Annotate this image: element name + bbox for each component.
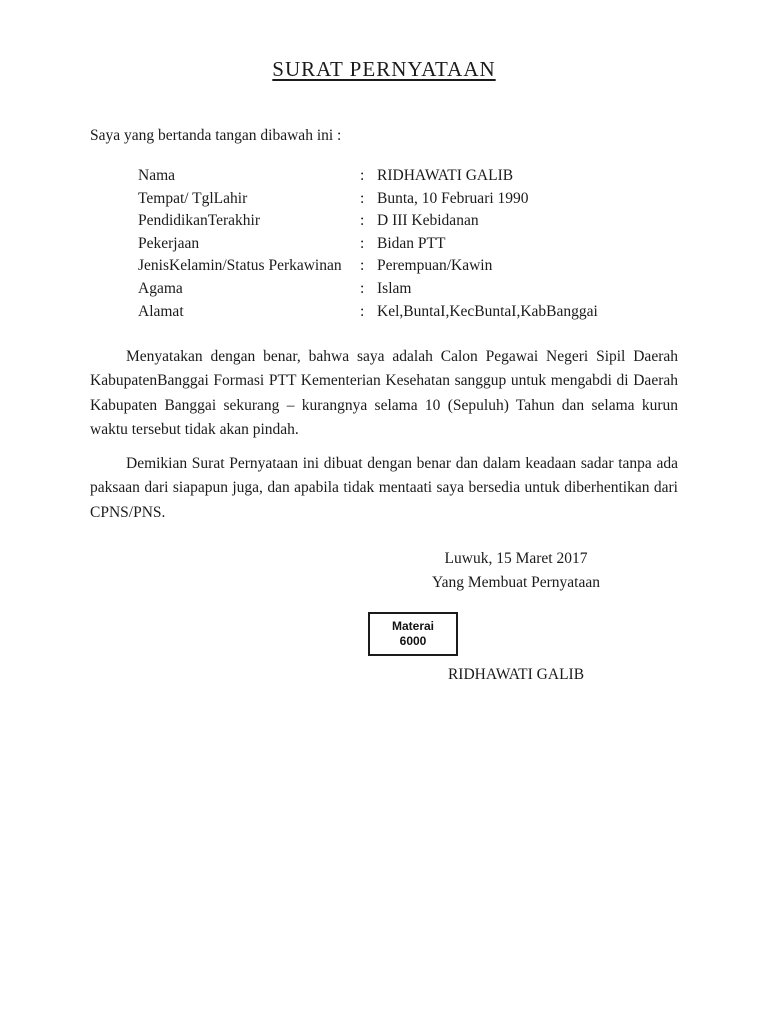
field-colon: :	[360, 188, 377, 211]
field-row-pekerjaan: Pekerjaan : Bidan PTT	[138, 233, 683, 256]
signatory-name: RIDHAWATI GALIB	[381, 666, 651, 684]
statement-paragraph-2: Demikian Surat Pernyataan ini dibuat den…	[90, 452, 678, 525]
field-label: Alamat	[138, 301, 360, 324]
field-row-agama: Agama : Islam	[138, 278, 683, 301]
closing-role-line: Yang Membuat Pernyataan	[381, 574, 651, 592]
field-value: Islam	[377, 278, 683, 301]
field-value: Bunta, 10 Februari 1990	[377, 188, 683, 211]
materai-stamp-box: Materai 6000	[368, 612, 458, 656]
field-colon: :	[360, 301, 377, 324]
field-value: Perempuan/Kawin	[377, 255, 683, 278]
field-value: Kel,BuntaI,KecBuntaI,KabBanggai	[377, 301, 683, 324]
field-label: Tempat/ TglLahir	[138, 188, 360, 211]
field-row-alamat: Alamat : Kel,BuntaI,KecBuntaI,KabBanggai	[138, 301, 683, 324]
field-label: PendidikanTerakhir	[138, 210, 360, 233]
field-row-jeniskelamin-status: JenisKelamin/Status Perkawinan : Perempu…	[138, 255, 683, 278]
field-value: Bidan PTT	[377, 233, 683, 256]
field-label: Agama	[138, 278, 360, 301]
field-row-nama: Nama : RIDHAWATI GALIB	[138, 165, 683, 188]
field-row-pendidikan-terakhir: PendidikanTerakhir : D III Kebidanan	[138, 210, 683, 233]
page-title: SURAT PERNYATAAN	[0, 57, 768, 82]
field-label: Nama	[138, 165, 360, 188]
materai-stamp-line1: Materai	[392, 619, 434, 634]
field-label: JenisKelamin/Status Perkawinan	[138, 255, 360, 278]
field-colon: :	[360, 165, 377, 188]
field-row-tempat-tgllahir: Tempat/ TglLahir : Bunta, 10 Februari 19…	[138, 188, 683, 211]
field-colon: :	[360, 233, 377, 256]
field-value: D III Kebidanan	[377, 210, 683, 233]
field-colon: :	[360, 210, 377, 233]
closing-place-date: Luwuk, 15 Maret 2017	[381, 550, 651, 568]
field-colon: :	[360, 255, 377, 278]
statement-letter-page: SURAT PERNYATAAN Saya yang bertanda tang…	[0, 0, 768, 1024]
statement-paragraph-1: Menyatakan dengan benar, bahwa saya adal…	[90, 345, 678, 443]
field-colon: :	[360, 278, 377, 301]
identity-fields: Nama : RIDHAWATI GALIB Tempat/ TglLahir …	[138, 165, 683, 323]
field-label: Pekerjaan	[138, 233, 360, 256]
field-value: RIDHAWATI GALIB	[377, 165, 683, 188]
salutation-line: Saya yang bertanda tangan dibawah ini :	[90, 127, 341, 145]
materai-stamp-line2: 6000	[400, 634, 427, 649]
